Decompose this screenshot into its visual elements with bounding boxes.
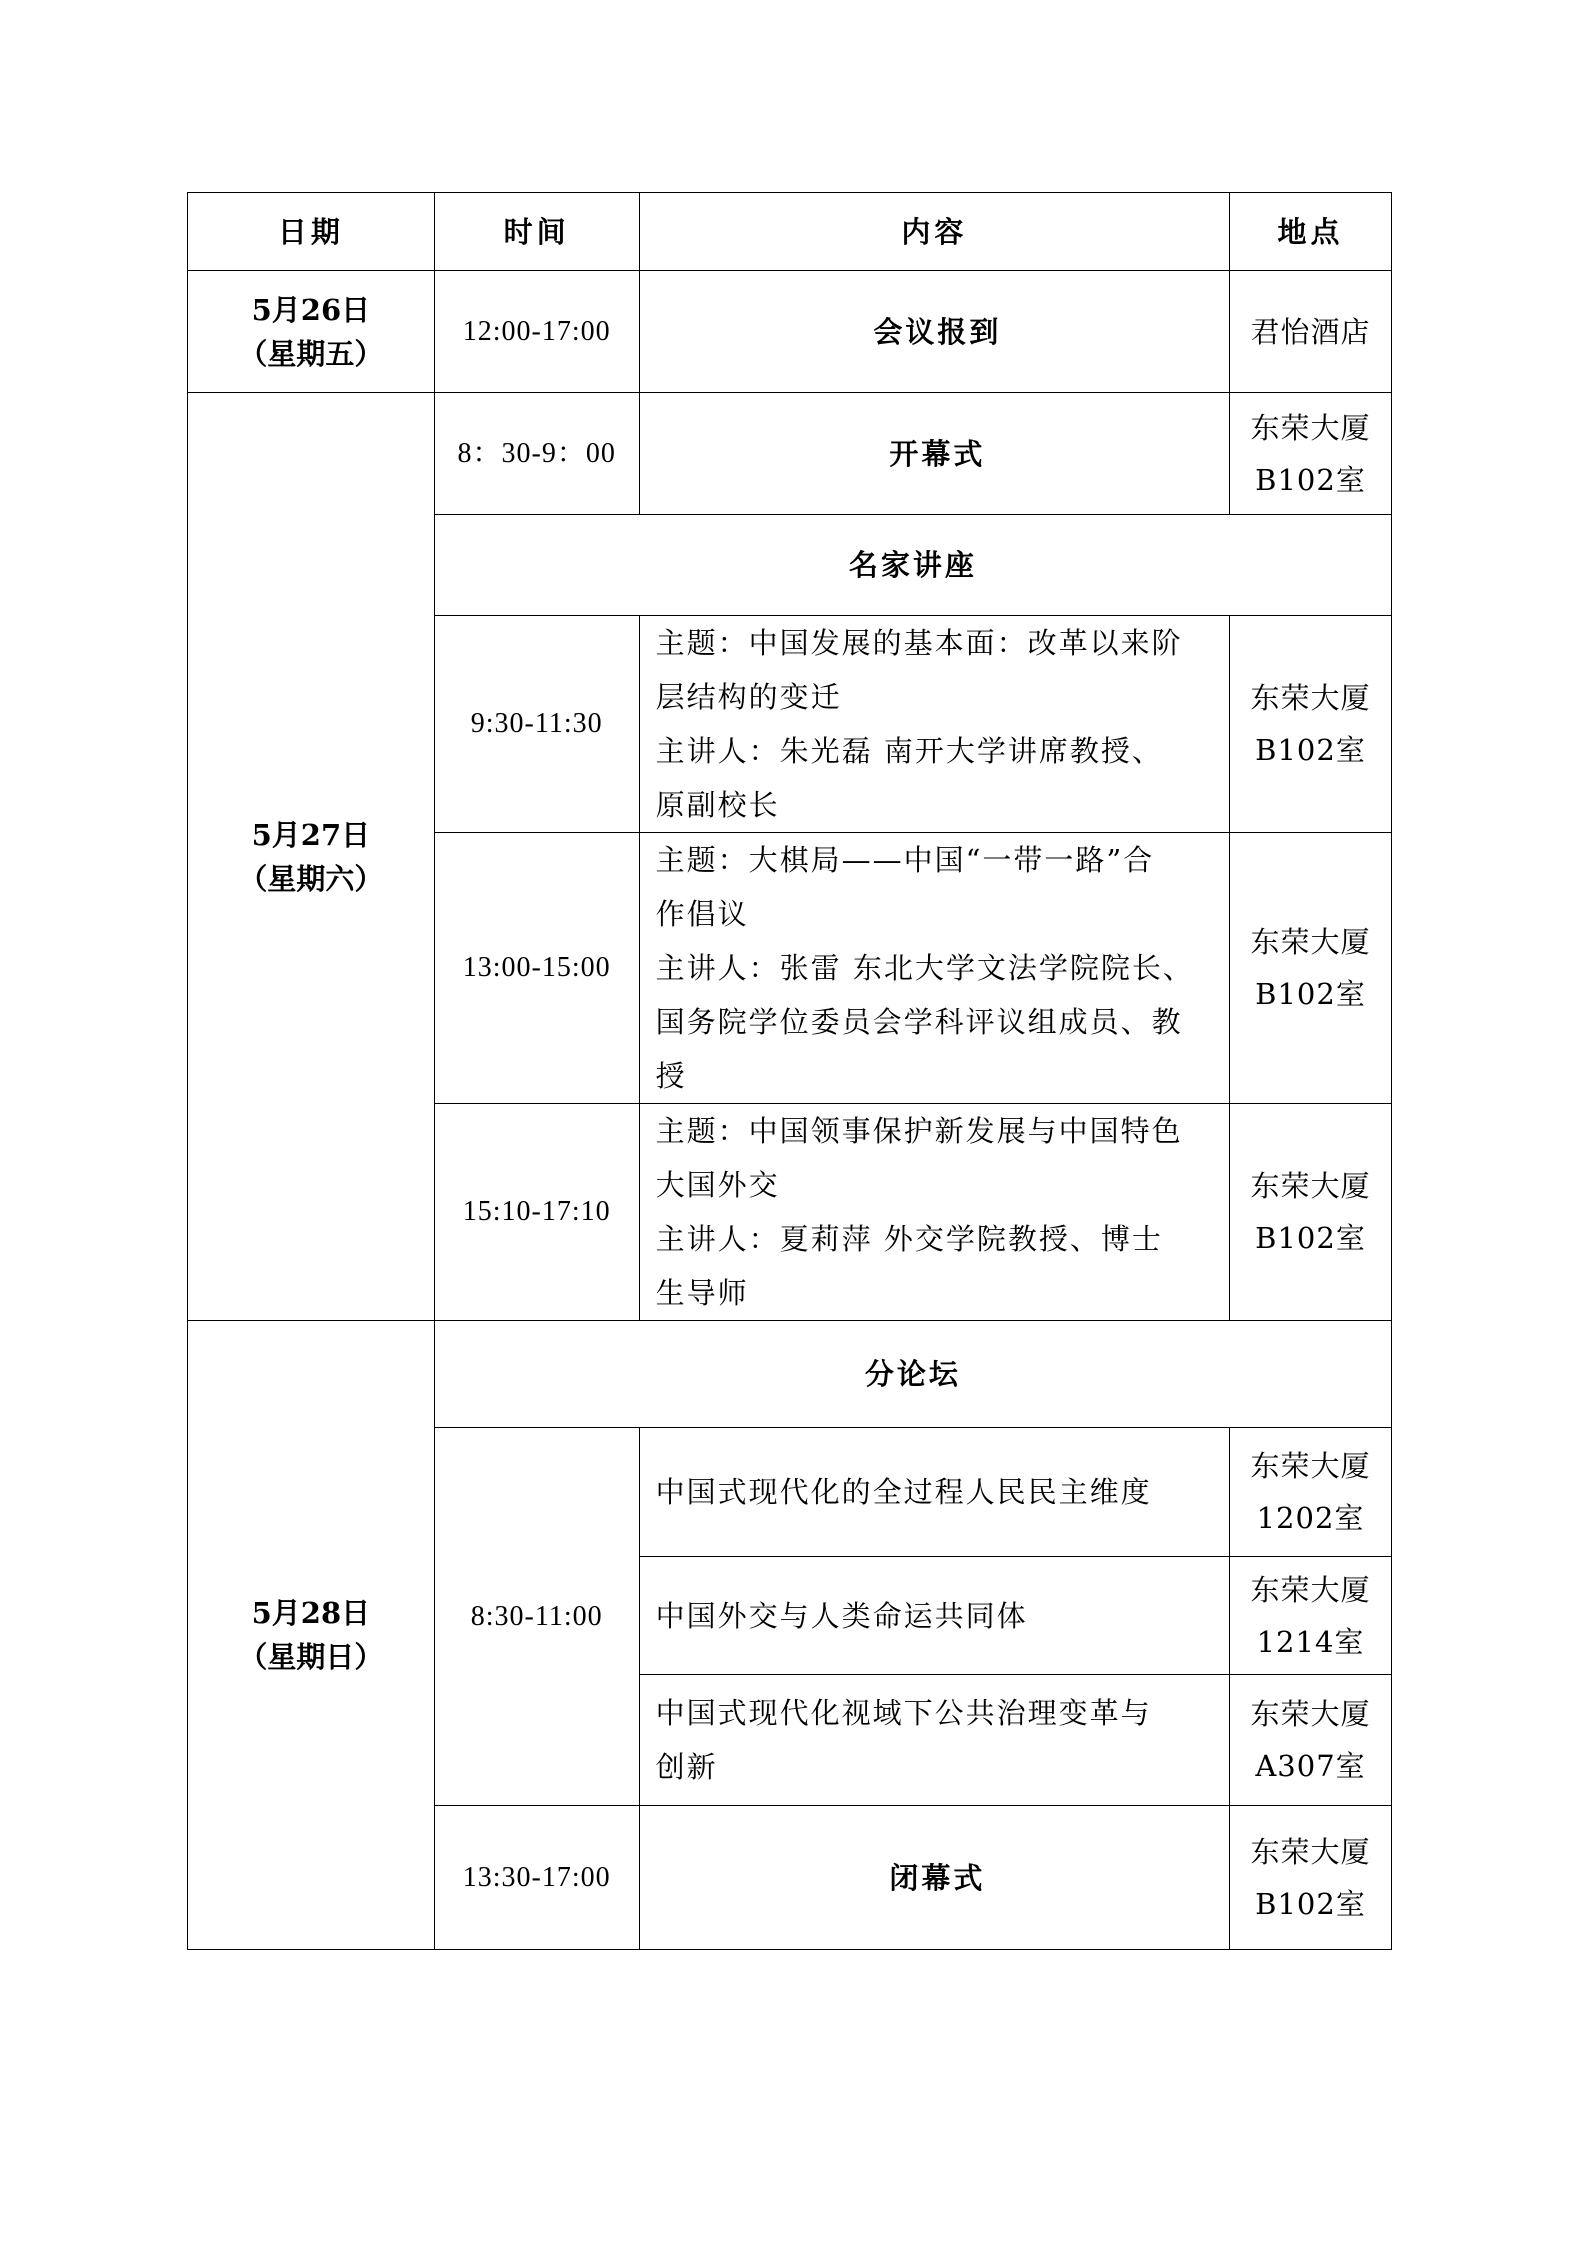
speaker-line: 主讲人：夏莉萍 外交学院教授、博士	[656, 1212, 1219, 1266]
speaker-line: 生导师	[656, 1266, 1219, 1320]
speaker-line: 主讲人：张雷 东北大学文法学院院长、	[656, 941, 1219, 995]
header-row: 日期 时间 内容 地点	[188, 193, 1392, 271]
section-title: 名家讲座	[434, 515, 1391, 616]
topic-line: 主题：中国发展的基本面：改革以来阶	[656, 616, 1219, 670]
topic-line: 主题：大棋局——中国“一带一路”合	[656, 833, 1219, 887]
weekday-label: （星期六）	[202, 857, 420, 901]
location-line: B102室	[1234, 968, 1387, 1020]
location-cell: 东荣大厦 B102室	[1230, 833, 1392, 1104]
date-cell: 5月28日 （星期日）	[188, 1321, 435, 1950]
date-label: 5月27日	[202, 813, 420, 857]
location-cell: 东荣大厦 B102室	[1230, 1104, 1392, 1321]
location-cell: 君怡酒店	[1230, 271, 1392, 393]
topic-line: 作倡议	[656, 887, 1219, 941]
location-line: B102室	[1234, 1212, 1387, 1264]
location-line: B102室	[1234, 1878, 1387, 1930]
location-line: 东荣大厦	[1234, 916, 1387, 968]
location-line: 君怡酒店	[1234, 306, 1387, 358]
location-cell: 东荣大厦 A307室	[1230, 1675, 1392, 1806]
date-cell: 5月27日 （星期六）	[188, 393, 435, 1321]
header-location: 地点	[1230, 193, 1392, 271]
weekday-label: （星期五）	[202, 332, 420, 376]
location-cell: 东荣大厦 B102室	[1230, 1806, 1392, 1950]
header-date: 日期	[188, 193, 435, 271]
forum-title-line: 中国式现代化视域下公共治理变革与	[656, 1686, 1219, 1740]
location-line: B102室	[1234, 724, 1387, 776]
topic-line: 层结构的变迁	[656, 670, 1219, 724]
location-line: 东荣大厦	[1234, 1440, 1387, 1492]
location-cell: 东荣大厦 1202室	[1230, 1428, 1392, 1557]
forum-title-line: 中国外交与人类命运共同体	[656, 1589, 1219, 1643]
speaker-line: 国务院学位委员会学科评议组成员、教	[656, 995, 1219, 1049]
content-cell: 中国式现代化的全过程人民民主维度	[639, 1428, 1229, 1557]
location-line: 1214室	[1234, 1616, 1387, 1668]
table-row: 5月27日 （星期六） 8：30-9：00 开幕式 东荣大厦 B102室	[188, 393, 1392, 515]
content-cell: 中国外交与人类命运共同体	[639, 1557, 1229, 1675]
content-cell: 闭幕式	[639, 1806, 1229, 1950]
location-line: 1202室	[1234, 1492, 1387, 1544]
date-cell: 5月26日 （星期五）	[188, 271, 435, 393]
location-cell: 东荣大厦 1214室	[1230, 1557, 1392, 1675]
content-cell: 主题：大棋局——中国“一带一路”合 作倡议 主讲人：张雷 东北大学文法学院院长、…	[639, 833, 1229, 1104]
time-cell: 13:00-15:00	[434, 833, 639, 1104]
weekday-label: （星期日）	[202, 1635, 420, 1679]
location-line: 东荣大厦	[1234, 402, 1387, 454]
content-cell: 主题：中国领事保护新发展与中国特色 大国外交 主讲人：夏莉萍 外交学院教授、博士…	[639, 1104, 1229, 1321]
content-cell: 中国式现代化视域下公共治理变革与 创新	[639, 1675, 1229, 1806]
forum-title-line: 创新	[656, 1740, 1219, 1794]
time-cell: 8:30-11:00	[434, 1428, 639, 1806]
date-label: 5月28日	[202, 1591, 420, 1635]
location-line: 东荣大厦	[1234, 672, 1387, 724]
topic-line: 主题：中国领事保护新发展与中国特色	[656, 1104, 1219, 1158]
time-cell: 12:00-17:00	[434, 271, 639, 393]
location-line: 东荣大厦	[1234, 1564, 1387, 1616]
header-time: 时间	[434, 193, 639, 271]
location-line: 东荣大厦	[1234, 1688, 1387, 1740]
speaker-line: 主讲人：朱光磊 南开大学讲席教授、	[656, 724, 1219, 778]
time-cell: 8：30-9：00	[434, 393, 639, 515]
forum-title-line: 中国式现代化的全过程人民民主维度	[656, 1465, 1219, 1519]
content-cell: 主题：中国发展的基本面：改革以来阶 层结构的变迁 主讲人：朱光磊 南开大学讲席教…	[639, 616, 1229, 833]
time-cell: 9:30-11:30	[434, 616, 639, 833]
time-cell: 15:10-17:10	[434, 1104, 639, 1321]
speaker-line: 授	[656, 1049, 1219, 1103]
time-cell: 13:30-17:00	[434, 1806, 639, 1950]
header-content: 内容	[639, 193, 1229, 271]
content-cell: 开幕式	[639, 393, 1229, 515]
location-line: 东荣大厦	[1234, 1160, 1387, 1212]
location-line: A307室	[1234, 1740, 1387, 1792]
content-cell: 会议报到	[639, 271, 1229, 393]
location-cell: 东荣大厦 B102室	[1230, 393, 1392, 515]
date-label: 5月26日	[202, 288, 420, 332]
location-line: 东荣大厦	[1234, 1826, 1387, 1878]
topic-line: 大国外交	[656, 1158, 1219, 1212]
section-row: 5月28日 （星期日） 分论坛	[188, 1321, 1392, 1428]
speaker-line: 原副校长	[656, 778, 1219, 832]
location-cell: 东荣大厦 B102室	[1230, 616, 1392, 833]
section-title: 分论坛	[434, 1321, 1391, 1428]
conference-schedule-table: 日期 时间 内容 地点 5月26日 （星期五） 12:00-17:00 会议报到…	[187, 192, 1392, 1950]
location-line: B102室	[1234, 454, 1387, 506]
table-row: 5月26日 （星期五） 12:00-17:00 会议报到 君怡酒店	[188, 271, 1392, 393]
